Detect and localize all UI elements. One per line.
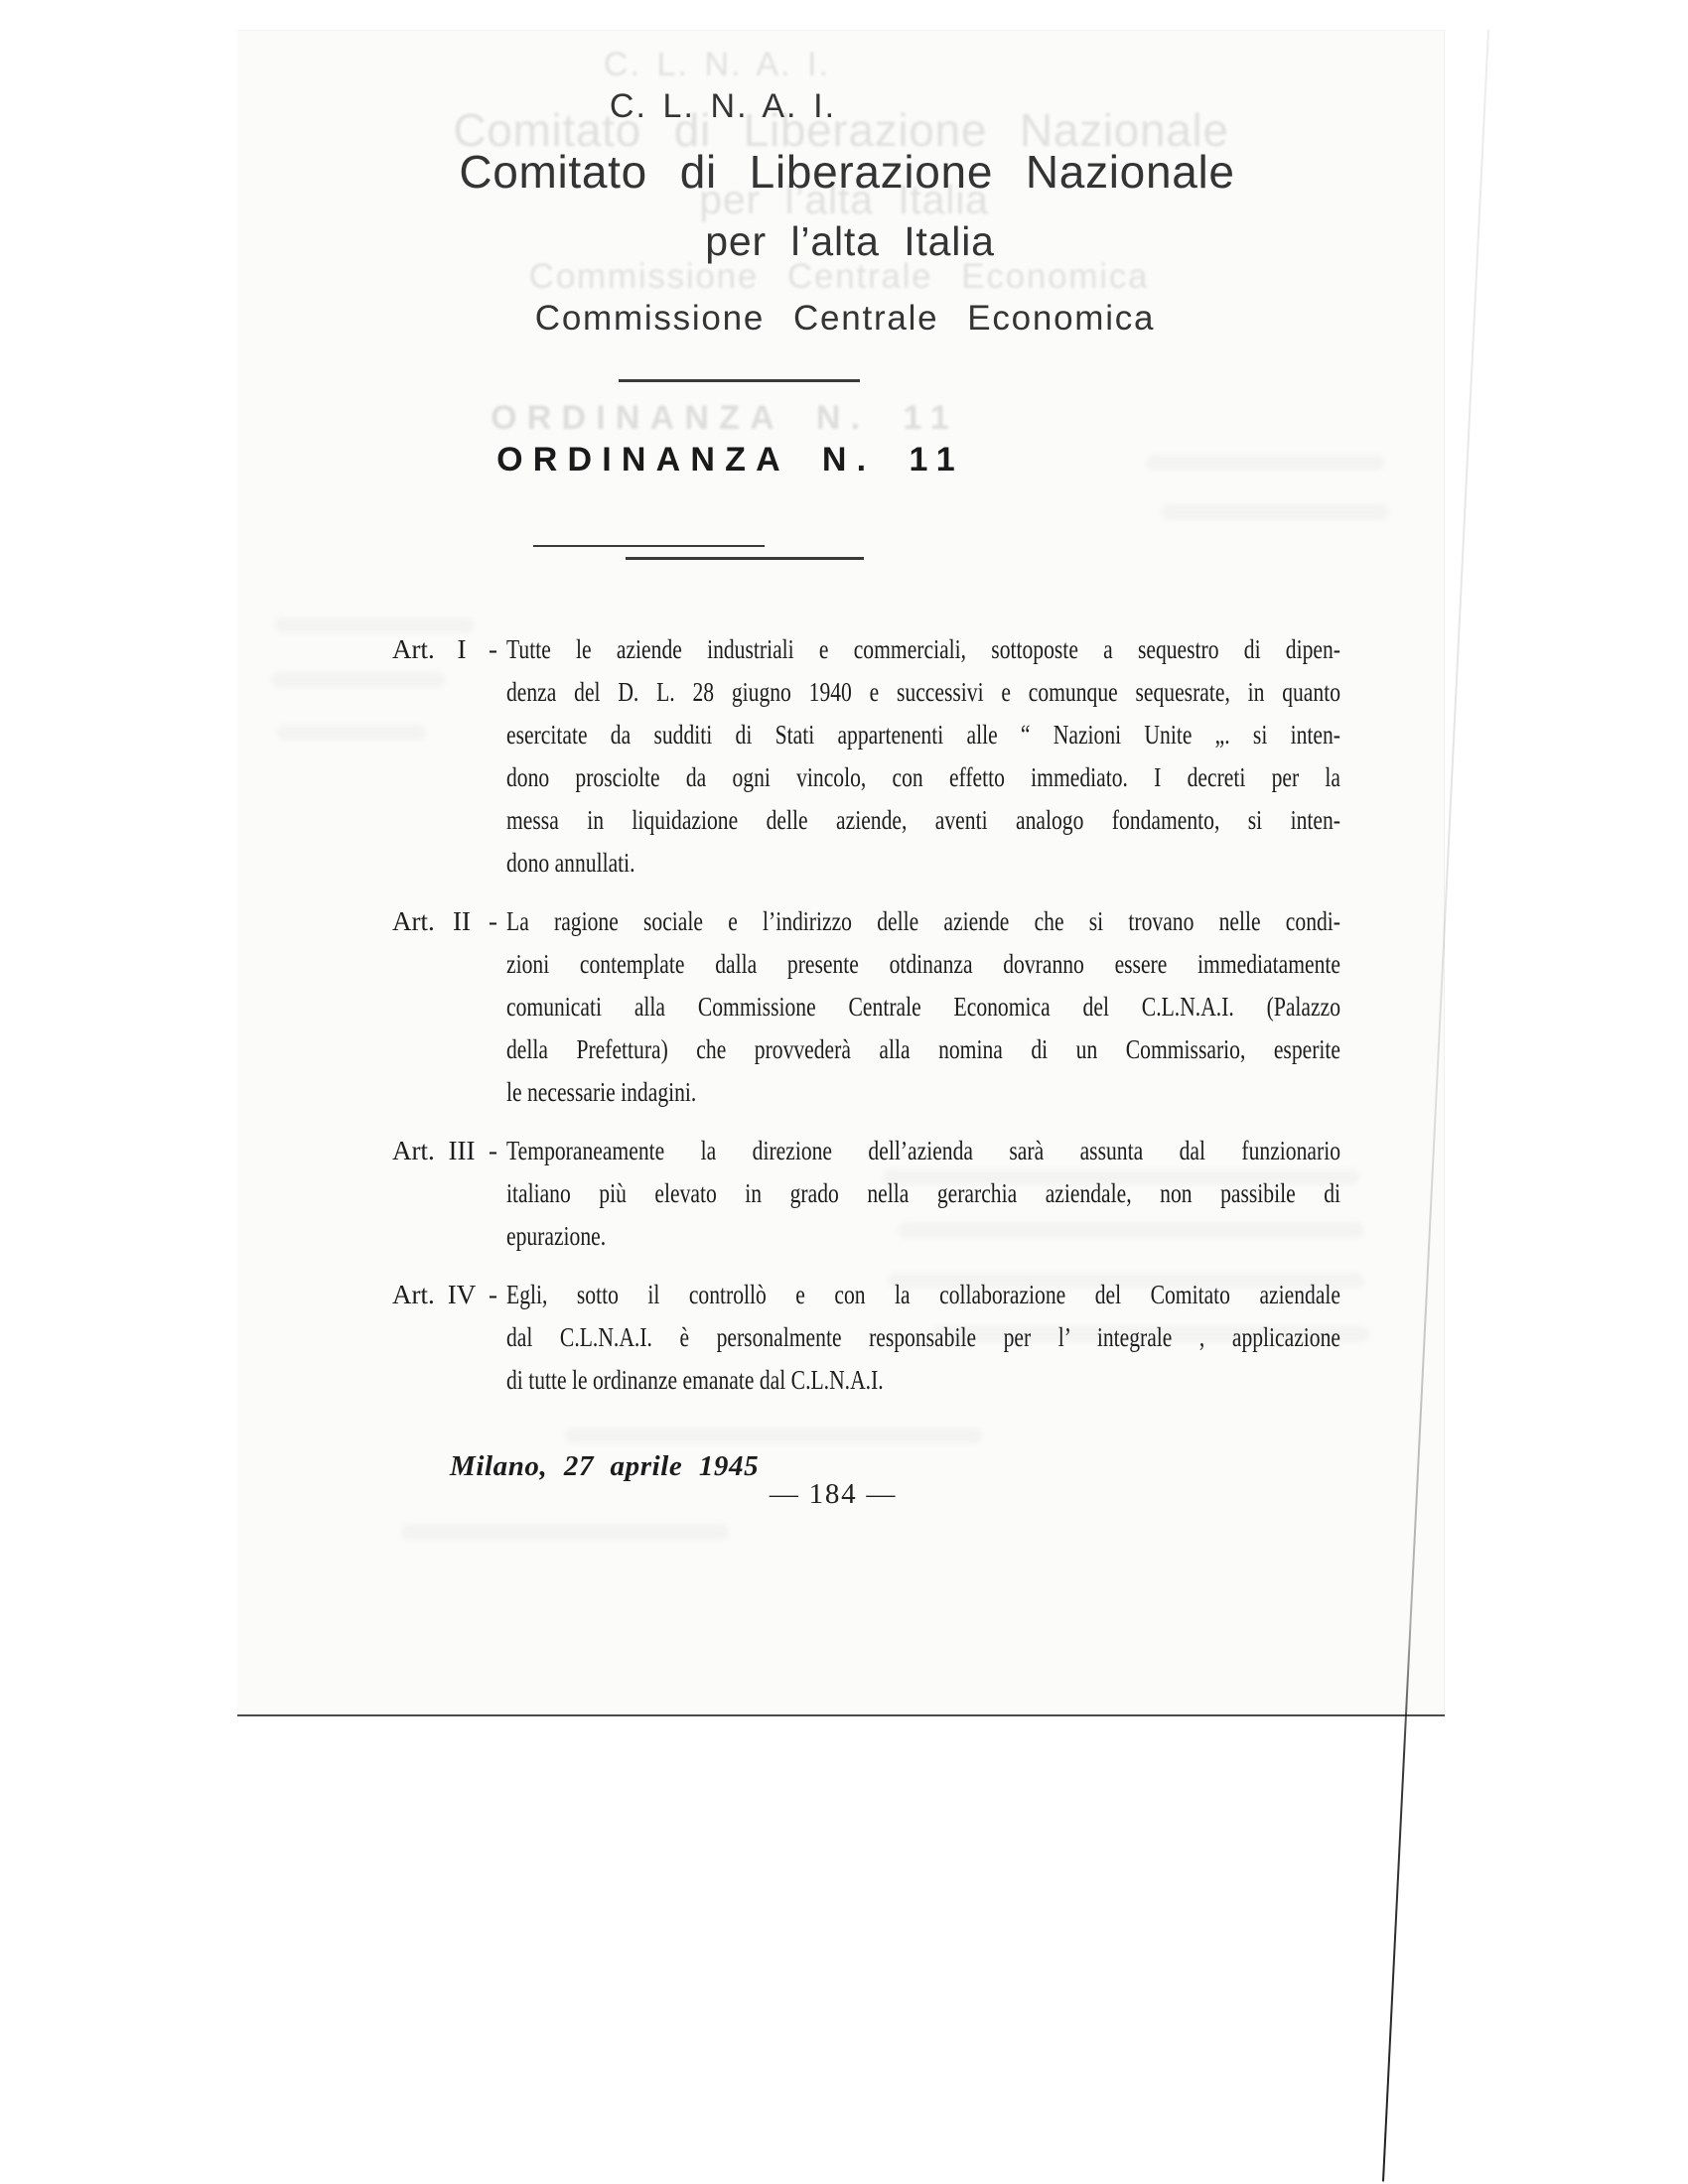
article-line: Tutte le aziende industriali e commercia… [506,628,1340,671]
article-numeral: III [444,1130,480,1172]
article: Art.IV-Egli, sotto il controllò e con la… [392,1274,1445,1402]
article-line: dono prosciolte da ogni vincolo, con eff… [506,756,1340,799]
article-text: La ragione sociale e l’indirizzo delle a… [506,900,1340,1114]
article-line: esercitate da sudditi di Stati appartene… [506,714,1340,756]
dateline: Milano, 27 aprile 1945 [450,1450,759,1483]
article-line: Egli, sotto il controllò e con la collab… [506,1274,1340,1316]
article-line: Temporaneamente la direzione dell’aziend… [506,1130,1340,1172]
article: Art.II-La ragione sociale e l’indirizzo … [392,900,1445,1114]
article-line: le necessarie indagini. [506,1071,1340,1114]
header-rule [619,379,860,382]
article: Art.I-Tutte le aziende industriali e com… [392,628,1445,885]
article-line: dal C.L.N.A.I. è personalmente responsab… [506,1316,1340,1359]
page-number: — 184 — [770,1478,897,1511]
article-label: Art. [392,628,444,671]
article-separator: - [480,1130,506,1172]
bleedthrough-mark [401,1524,729,1540]
article-label: Art. [392,1274,444,1316]
bleedthrough-mark [1146,455,1384,471]
title-rule-2 [626,557,864,560]
scan-page: C. L. N. A. I. Comitato di Liberazione N… [237,30,1445,1716]
org-name-2: per l’alta Italia [705,218,995,265]
article-line: comunicati alla Commissione Centrale Eco… [506,986,1340,1028]
article: Art.III-Temporaneamente la direzione del… [392,1130,1445,1258]
article-line: italiano più elevato in grado nella gera… [506,1172,1340,1215]
article-line: zioni contemplate dalla presente otdinan… [506,943,1340,986]
article-text: Tutte le aziende industriali e commercia… [506,628,1340,885]
org-name: Comitato di Liberazione Nazionale [459,145,1234,199]
title-rule-1 [533,545,765,547]
bleedthrough-mark [565,1428,982,1443]
article-line: messa in liquidazione delle aziende, ave… [506,799,1340,842]
ordinance-title: ORDINANZA N. 11 [496,441,965,479]
article-label: Art. [392,900,444,943]
article-text: Egli, sotto il controllò e con la collab… [506,1274,1340,1402]
bleedthrough-mark [1161,504,1389,520]
ghost-org-abbr: C. L. N. A. I. [604,46,830,84]
department-name: Commissione Centrale Economica [535,299,1155,339]
article-line: della Prefettura) che provvederà alla no… [506,1028,1340,1071]
article-text: Temporaneamente la direzione dell’aziend… [506,1130,1340,1258]
ghost-ordinance-title: ORDINANZA N. 11 [491,399,959,438]
article-separator: - [480,1274,506,1316]
org-abbr: C. L. N. A. I. [610,87,836,126]
article-numeral: I [444,628,480,671]
article-line: denza del D. L. 28 giugno 1940 e success… [506,671,1340,714]
article-line: La ragione sociale e l’indirizzo delle a… [506,900,1340,943]
article-separator: - [480,900,506,943]
article-numeral: II [444,900,480,943]
article-line: dono annullati. [506,842,1340,885]
article-separator: - [480,628,506,671]
article-label: Art. [392,1130,444,1172]
article-line: epurazione. [506,1215,1340,1258]
screenshot-root: { "page": { "header": { "abbr": "C. L. N… [0,0,1688,2184]
article-line: di tutte le ordinanze emanate dal C.L.N.… [506,1359,1340,1402]
articles: Art.I-Tutte le aziende industriali e com… [392,628,1445,1418]
article-numeral: IV [444,1274,480,1316]
